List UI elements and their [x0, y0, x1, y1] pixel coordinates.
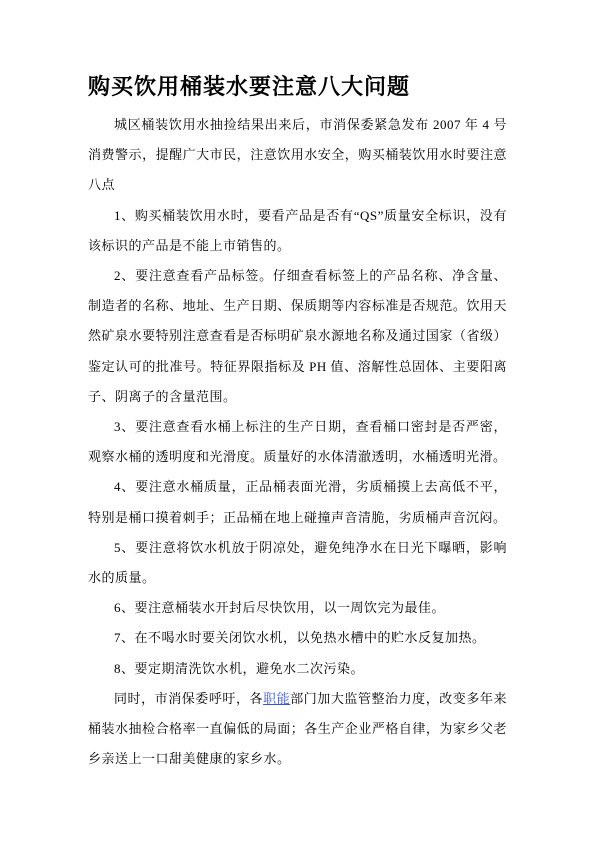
text-run: 5、要注意将饮水机放于阴凉处，避免纯净水在日光下曝晒，影响水的质量。 [88, 540, 507, 585]
paragraph: 4、要注意水桶质量，正品桶表面光滑，劣质桶摸上去高低不平，特别是桶口摸着刺手；正… [88, 472, 507, 532]
document-body: 城区桶装饮用水抽捡结果出来后，市消保委紧急发布 2007 年 4 号消费警示，提… [88, 110, 507, 774]
inline-link[interactable]: 职能 [263, 691, 290, 706]
paragraph: 城区桶装饮用水抽捡结果出来后，市消保委紧急发布 2007 年 4 号消费警示，提… [88, 110, 507, 201]
paragraph: 3、要注意查看水桶上标注的生产日期，查看桶口密封是否严密，观察水桶的透明度和光滑… [88, 412, 507, 472]
paragraph: 8、要定期清洗饮水机，避免水二次污染。 [88, 654, 507, 684]
paragraph: 7、在不喝水时要关闭饮水机，以免热水槽中的贮水反复加热。 [88, 623, 507, 653]
text-run: 6、要注意桶装水开封后尽快饮用，以一周饮完为最佳。 [114, 600, 445, 615]
paragraph: 1、购买桶装饮用水时，要看产品是否有“QS”质量安全标识，没有该标识的产品是不能… [88, 201, 507, 261]
paragraph: 同时，市消保委呼吁，各职能部门加大监管整治力度，改变多年来桶装水抽检合格率一直偏… [88, 684, 507, 775]
document-title: 购买饮用桶装水要注意八大问题 [88, 72, 507, 102]
text-run: 1、购买桶装饮用水时，要看产品是否有“QS”质量安全标识，没有该标识的产品是不能… [88, 208, 507, 253]
text-run: 同时，市消保委呼吁，各 [114, 691, 263, 706]
text-run: 城区桶装饮用水抽捡结果出来后，市消保委紧急发布 2007 年 4 号消费警示，提… [88, 117, 507, 192]
text-run: 7、在不喝水时要关闭饮水机，以免热水槽中的贮水反复加热。 [114, 630, 486, 645]
document-page: 购买饮用桶装水要注意八大问题 城区桶装饮用水抽捡结果出来后，市消保委紧急发布 2… [0, 0, 595, 842]
paragraph: 2、要注意查看产品标签。仔细查看标签上的产品名称、净含量、制造者的名称、地址、生… [88, 261, 507, 412]
paragraph: 6、要注意桶装水开封后尽快饮用，以一周饮完为最佳。 [88, 593, 507, 623]
text-run: 3、要注意查看水桶上标注的生产日期，查看桶口密封是否严密，观察水桶的透明度和光滑… [88, 419, 507, 464]
text-run: 2、要注意查看产品标签。仔细查看标签上的产品名称、净含量、制造者的名称、地址、生… [88, 268, 507, 404]
paragraph: 5、要注意将饮水机放于阴凉处，避免纯净水在日光下曝晒，影响水的质量。 [88, 533, 507, 593]
text-run: 8、要定期清洗饮水机，避免水二次污染。 [114, 661, 364, 676]
text-run: 4、要注意水桶质量，正品桶表面光滑，劣质桶摸上去高低不平，特别是桶口摸着刺手；正… [88, 479, 507, 524]
